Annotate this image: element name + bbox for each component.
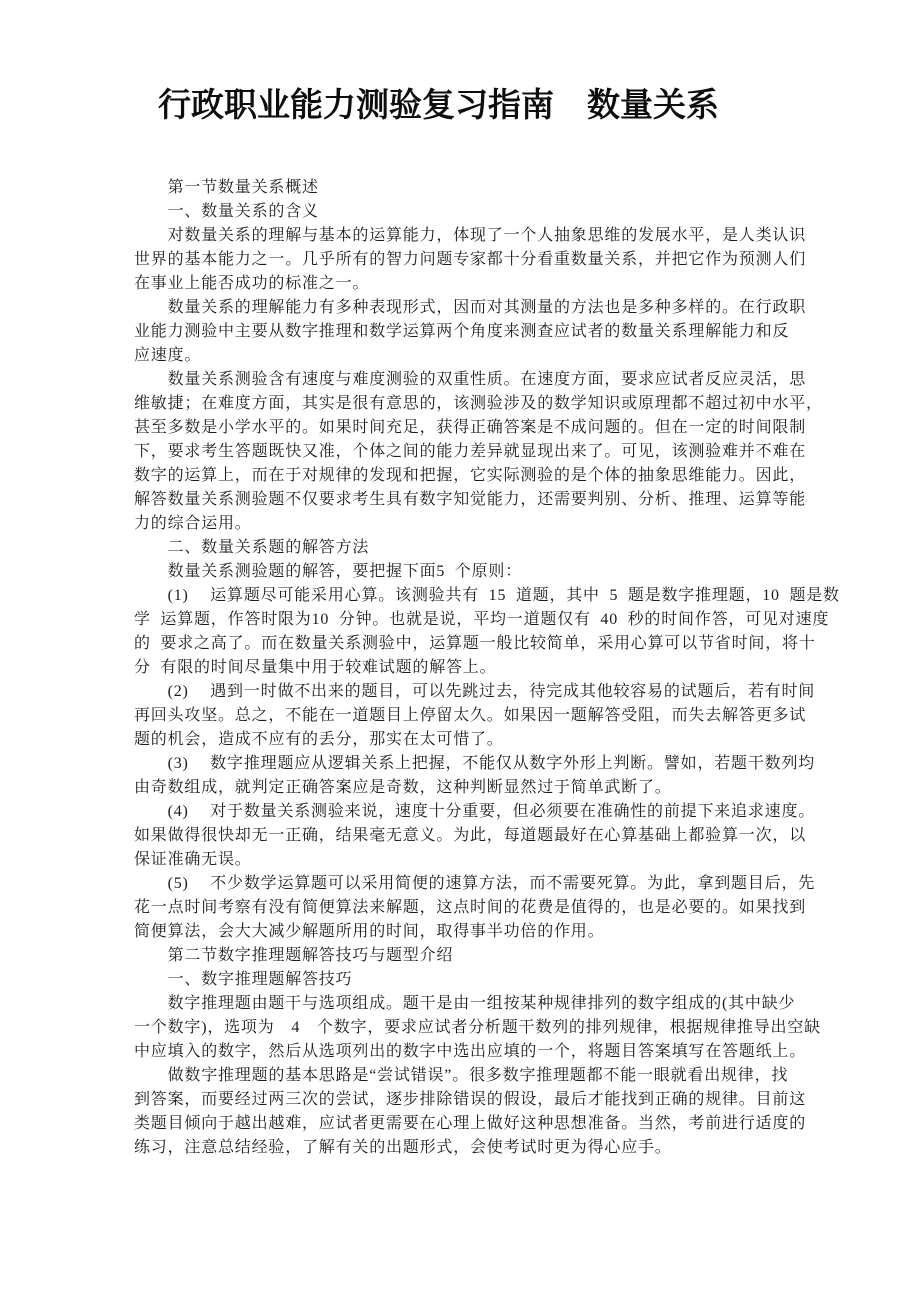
text-line: 甚至多数是小学水平的。如果时间充足，获得正确答案是不成问题的。但在一定的时间限制 [134,416,834,440]
text-line: 的 要求之高了。而在数量关系测验中，运算题一般比较简单，采用心算可以节省时间，将… [134,632,834,656]
text-line: 保证准确无误。 [134,848,834,872]
document-page: 行政职业能力测验复习指南 数量关系 第一节数量关系概述 一、数量关系的含义 对数… [0,0,920,1302]
text-line: 如果做得很快却无一正确，结果毫无意义。为此，每道题最好在心算基础上都验算一次，以 [134,824,834,848]
text-line: 力的综合运用。 [134,512,834,536]
text-line: 练习，注意总结经验，了解有关的出题形式，会使考试时更为得心应手。 [134,1136,834,1160]
text-line: (4) 对于数量关系测验来说，速度十分重要，但必须要在准确性的前提下来追求速度。 [134,800,834,824]
text-line: 分 有限的时间尽量集中用于较难试题的解答上。 [134,656,834,680]
text-line: (1) 运算题尽可能采用心算。该测验共有 15 道题，其中 5 题是数字推理题，… [134,584,834,608]
text-line: 世界的基本能力之一。几乎所有的智力问题专家都十分看重数量关系，并把它作为预测人们 [134,248,834,272]
text-line: 再回头攻坚。总之，不能在一道题目上停留太久。如果因一题解答受阻，而失去解答更多试 [134,704,834,728]
text-line: (3) 数字推理题应从逻辑关系上把握，不能仅从数字外形上判断。譬如，若题干数列均 [134,752,834,776]
text-line: 解答数量关系测验题不仅要求考生具有数字知觉能力，还需要判别、分析、推理、运算等能 [134,488,834,512]
text-line: 对数量关系的理解与基本的运算能力，体现了一个人抽象思维的发展水平，是人类认识 [134,224,834,248]
text-line: (5) 不少数学运算题可以采用简便的速算方法，而不需要死算。为此，拿到题目后，先 [134,872,834,896]
text-line: 业能力测验中主要从数字推理和数学运算两个角度来测查应试者的数量关系理解能力和反 [134,320,834,344]
text-line: 中应填入的数字，然后从选项列出的数字中选出应填的一个，将题目答案填写在答题纸上。 [134,1040,834,1064]
text-line: 数字的运算上，而在于对规律的发现和把握，它实际测验的是个体的抽象思维能力。因此， [134,464,834,488]
text-line: 应速度。 [134,344,834,368]
text-line: 一个数字)，选项为 4 个数字，要求应试者分析题干数列的排列规律，根据规律推导出… [134,1016,834,1040]
text-line: 数字推理题由题干与选项组成。题干是由一组按某种规律排列的数字组成的(其中缺少 [134,992,834,1016]
text-line: 学 运算题，作答时限为10 分钟。也就是说，平均一道题仅有 40 秒的时间作答，… [134,608,834,632]
text-line: 维敏捷；在难度方面，其实是很有意思的，该测验涉及的数学知识或原理都不超过初中水平… [134,392,834,416]
document-title: 行政职业能力测验复习指南 数量关系 [158,84,719,128]
text-line: 第一节数量关系概述 [134,176,834,200]
text-line: 类题目倾向于越出越难，应试者更需要在心理上做好这种思想准备。当然，考前进行适度的 [134,1112,834,1136]
text-line: 由奇数组成，就判定正确答案应是奇数，这种判断显然过于简单武断了。 [134,776,834,800]
text-line: 数量关系的理解能力有多种表现形式，因而对其测量的方法也是多种多样的。在行政职 [134,296,834,320]
text-line: 在事业上能否成功的标准之一。 [134,272,834,296]
text-line: 花一点时间考察有没有简便算法来解题，这点时间的花费是值得的，也是必要的。如果找到 [134,896,834,920]
text-line: 下，要求考生答题既快又准，个体之间的能力差异就显现出来了。可见，该测验难并不难在 [134,440,834,464]
text-line: 二、数量关系题的解答方法 [134,536,834,560]
text-line: 题的机会，造成不应有的丢分，那实在太可惜了。 [134,728,834,752]
document-body: 第一节数量关系概述 一、数量关系的含义 对数量关系的理解与基本的运算能力，体现了… [134,176,834,1160]
text-line: 到答案，而要经过两三次的尝试，逐步排除错误的假设，最后才能找到正确的规律。目前这 [134,1088,834,1112]
text-line: 一、数字推理题解答技巧 [134,968,834,992]
text-line: 第二节数字推理题解答技巧与题型介绍 [134,944,834,968]
text-line: 一、数量关系的含义 [134,200,834,224]
text-line: 做数字推理题的基本思路是“尝试错误”。很多数字推理题都不能一眼就看出规律，找 [134,1064,834,1088]
text-line: (2) 遇到一时做不出来的题目，可以先跳过去，待完成其他较容易的试题后，若有时间 [134,680,834,704]
text-line: 简便算法，会大大减少解题所用的时间，取得事半功倍的作用。 [134,920,834,944]
text-line: 数量关系测验题的解答，要把握下面5 个原则： [134,560,834,584]
text-line: 数量关系测验含有速度与难度测验的双重性质。在速度方面，要求应试者反应灵活，思 [134,368,834,392]
